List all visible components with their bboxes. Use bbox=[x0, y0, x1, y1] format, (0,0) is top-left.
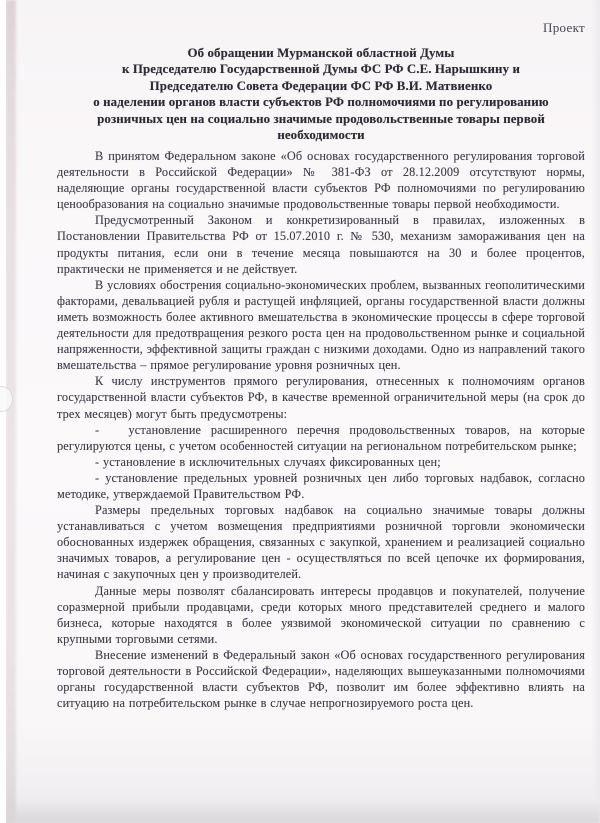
title-line-5: розничных цен на социально значимые прод… bbox=[57, 111, 585, 127]
scan-bottom-shade bbox=[0, 801, 600, 823]
title-line-3: Председателю Совета Федерации ФС РФ В.И.… bbox=[57, 78, 585, 94]
paragraph-conclusion: Внесение изменений в Федеральный закон «… bbox=[57, 647, 585, 711]
document-title: Об обращении Мурманской областной Думы к… bbox=[57, 45, 585, 143]
paragraph-markup-sizes: Размеры предельных торговых надбавок на … bbox=[57, 502, 585, 582]
draft-label: Проект bbox=[57, 20, 585, 36]
list-item-expanded-list: - установление расширенного перечня прод… bbox=[57, 422, 585, 454]
paragraph-intro-law: В принятом Федеральном законе «Об основа… bbox=[57, 148, 585, 212]
title-line-2: к Председателю Государственной Думы ФС Р… bbox=[57, 61, 585, 77]
scanned-document-page: Проект Об обращении Мурманской областной… bbox=[0, 0, 600, 823]
title-line-1: Об обращении Мурманской областной Думы bbox=[57, 45, 585, 61]
list-item-price-caps: - установление предельных уровней рознич… bbox=[57, 470, 585, 502]
paragraph-economic-conditions: В условиях обострения социально-экономич… bbox=[57, 277, 585, 374]
scan-right-shade bbox=[591, 0, 600, 823]
scan-left-paper-edge bbox=[5, 0, 16, 823]
paragraph-balance-interests: Данные меры позволят сбалансировать инте… bbox=[57, 583, 585, 647]
title-line-4: о наделении органов власти субъектов РФ … bbox=[57, 94, 585, 110]
title-line-6: необходимости bbox=[57, 127, 585, 143]
list-item-fixed-prices: - установление в исключительных случаях … bbox=[57, 454, 585, 470]
document-body: В принятом Федеральном законе «Об основа… bbox=[57, 148, 585, 711]
paragraph-freeze-mechanism: Предусмотренный Законом и конкретизирова… bbox=[57, 212, 585, 276]
paragraph-instruments-intro: К числу инструментов прямого регулирован… bbox=[57, 373, 585, 421]
